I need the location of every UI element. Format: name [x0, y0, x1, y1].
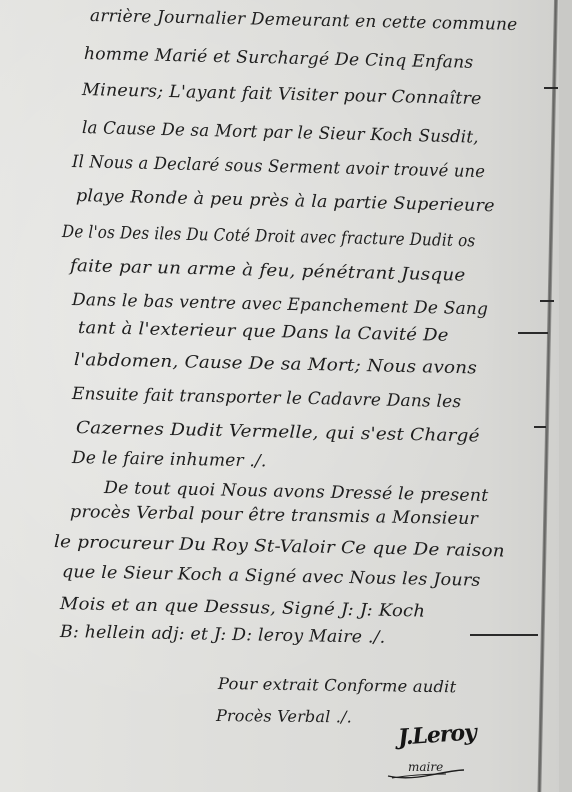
- text-line-5: Il Nous a Declaré sous Serment avoir tro…: [72, 152, 486, 182]
- text-line-2: homme Marié et Surchargé De Cinq Enfans: [84, 44, 474, 73]
- text-line-10: tant à l'exterieur que Dans la Cavité De: [78, 318, 449, 346]
- text-line-11: l'abdomen, Cause De sa Mort; Nous avons: [74, 350, 477, 378]
- line-end-dash: [544, 87, 558, 89]
- signature-flourish-icon: [386, 766, 466, 780]
- text-line-1: arrière Journalier Demeurant en cette co…: [90, 6, 518, 35]
- text-line-16: procès Verbal pour être transmis a Monsi…: [70, 502, 478, 529]
- page-right-margin: [559, 0, 572, 792]
- text-line-9: Dans le bas ventre avec Epanchement De S…: [72, 290, 489, 319]
- line-end-dash: [518, 332, 548, 334]
- page-binding-edge: [537, 0, 558, 792]
- closing-line-1: Pour extrait Conforme audit: [218, 674, 457, 696]
- text-line-17: le procureur Du Roy St-Valoir Ce que De …: [54, 532, 505, 561]
- text-line-3: Mineurs; L'ayant fait Visiter pour Conna…: [82, 80, 482, 109]
- text-line-14: De le faire inhumer ./.: [72, 448, 267, 471]
- signature: J.Leroy: [397, 719, 476, 750]
- text-line-20: B: hellein adj: et J: D: leroy Maire ./.: [60, 622, 386, 648]
- text-line-4: la Cause De sa Mort par le Sieur Koch Su…: [82, 118, 479, 148]
- text-line-19: Mois et an que Dessus, Signé J: J: Koch: [60, 594, 426, 622]
- text-line-13: Cazernes Dudit Vermelle, qui s'est Charg…: [76, 418, 480, 446]
- line-end-dash: [534, 426, 546, 428]
- text-line-7: De l'os Des iles Du Coté Droit avec frac…: [62, 222, 476, 251]
- text-line-15: De tout quoi Nous avons Dressé le presen…: [104, 478, 489, 506]
- line-end-dash: [540, 300, 554, 302]
- closing-line-2: Procès Verbal ./.: [216, 706, 352, 726]
- text-line-8: faite par un arme à feu, pénétrant Jusqu…: [70, 256, 466, 286]
- manuscript-page: arrière Journalier Demeurant en cette co…: [0, 0, 572, 792]
- text-line-6: playe Ronde à peu près à la partie Super…: [76, 186, 495, 216]
- text-line-18: que le Sieur Koch a Signé avec Nous les …: [62, 562, 481, 591]
- text-line-12: Ensuite fait transporter le Cadavre Dans…: [72, 384, 462, 412]
- line-end-dash: [470, 634, 538, 636]
